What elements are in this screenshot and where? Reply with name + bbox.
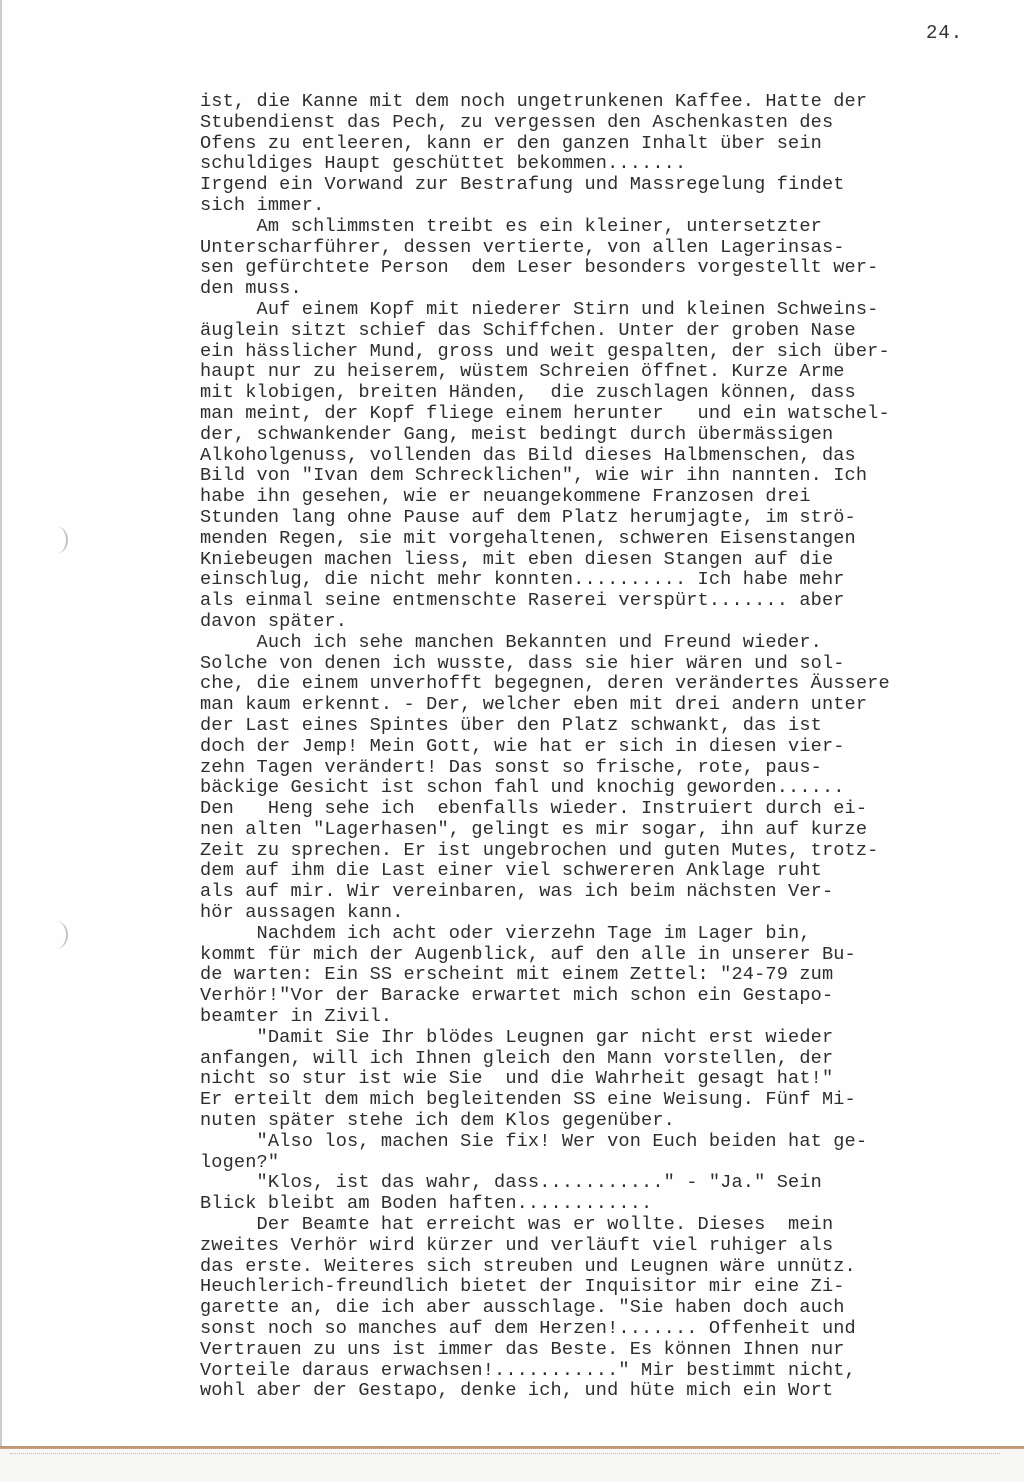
text-line: der, schwankender Gang, meist bedingt du…	[200, 425, 990, 446]
punch-hole-upper	[44, 526, 68, 554]
page-number: 24.	[926, 22, 963, 44]
text-line: che, die einem unverhofft begegnen, dere…	[200, 674, 990, 695]
text-line: Vertrauen zu uns ist immer das Beste. Es…	[200, 1340, 990, 1361]
text-line: Irgend ein Vorwand zur Bestrafung und Ma…	[200, 175, 990, 196]
text-line: zehn Tagen verändert! Das sonst so frisc…	[200, 758, 990, 779]
text-line: sonst noch so manches auf dem Herzen!...…	[200, 1319, 990, 1340]
text-line: anfangen, will ich Ihnen gleich den Mann…	[200, 1049, 990, 1070]
text-line: Der Beamte hat erreicht was er wollte. D…	[200, 1215, 990, 1236]
text-line: habe ihn gesehen, wie er neuangekommene …	[200, 487, 990, 508]
text-line: dem auf ihm die Last einer viel schwerer…	[200, 861, 990, 882]
page-left-edge	[0, 0, 2, 1482]
text-line: Solche von denen ich wusste, dass sie hi…	[200, 654, 990, 675]
text-line: als einmal seine entmenschte Raserei ver…	[200, 591, 990, 612]
text-line: als auf mir. Wir vereinbaren, was ich be…	[200, 882, 990, 903]
text-line: einschlug, die nicht mehr konnten.......…	[200, 570, 990, 591]
text-line: Heuchlerich-freundlich bietet der Inquis…	[200, 1277, 990, 1298]
text-line: "Also los, machen Sie fix! Wer von Euch …	[200, 1132, 990, 1153]
text-line: Er erteilt dem mich begleitenden SS eine…	[200, 1090, 990, 1111]
text-line: "Klos, ist das wahr, dass..........." - …	[200, 1173, 990, 1194]
text-line: Verhör!"Vor der Baracke erwartet mich sc…	[200, 986, 990, 1007]
typewritten-body-text: ist, die Kanne mit dem noch ungetrunkene…	[200, 92, 990, 1402]
text-line: beamter in Zivil.	[200, 1007, 990, 1028]
text-line: garette an, die ich aber ausschlage. "Si…	[200, 1298, 990, 1319]
text-line: nen alten "Lagerhasen", gelingt es mir s…	[200, 820, 990, 841]
text-line: das erste. Weiteres sich streuben und Le…	[200, 1257, 990, 1278]
text-line: ein hässlicher Mund, gross und weit gesp…	[200, 342, 990, 363]
document-page: 24. ist, die Kanne mit dem noch ungetrun…	[0, 0, 1024, 1482]
text-line: Stunden lang ohne Pause auf dem Platz he…	[200, 508, 990, 529]
text-line: davon später.	[200, 612, 990, 633]
text-line: zweites Verhör wird kürzer und verläuft …	[200, 1236, 990, 1257]
text-line: logen?"	[200, 1153, 990, 1174]
text-line: sen gefürchtete Person dem Leser besonde…	[200, 258, 990, 279]
text-line: Nachdem ich acht oder vierzehn Tage im L…	[200, 924, 990, 945]
text-line: Auch ich sehe manchen Bekannten und Freu…	[200, 633, 990, 654]
text-line: de warten: Ein SS erscheint mit einem Ze…	[200, 965, 990, 986]
text-line: Auf einem Kopf mit niederer Stirn und kl…	[200, 300, 990, 321]
text-line: der Last eines Spintes über den Platz sc…	[200, 716, 990, 737]
bottom-dotted-line	[10, 1453, 1000, 1455]
punch-hole-lower	[44, 921, 68, 949]
text-line: menden Regen, sie mit vorgehaltenen, sch…	[200, 529, 990, 550]
text-line: Zeit zu sprechen. Er ist ungebrochen und…	[200, 841, 990, 862]
text-line: schuldiges Haupt geschüttet bekommen....…	[200, 154, 990, 175]
text-line: Am schlimmsten treibt es ein kleiner, un…	[200, 217, 990, 238]
text-line: Unterscharführer, dessen vertierte, von …	[200, 238, 990, 259]
text-line: bäckige Gesicht ist schon fahl und knoch…	[200, 778, 990, 799]
text-line: doch der Jemp! Mein Gott, wie hat er sic…	[200, 737, 990, 758]
text-line: Vorteile daraus erwachsen!..........." M…	[200, 1361, 990, 1382]
text-line: Stubendienst das Pech, zu vergessen den …	[200, 113, 990, 134]
text-line: man kaum erkennt. - Der, welcher eben mi…	[200, 695, 990, 716]
text-line: wohl aber der Gestapo, denke ich, und hü…	[200, 1381, 990, 1402]
bottom-edge-rule	[0, 1446, 1024, 1449]
text-line: äuglein sitzt schief das Schiffchen. Unt…	[200, 321, 990, 342]
text-line: Blick bleibt am Boden haften............	[200, 1194, 990, 1215]
text-line: nuten später stehe ich dem Klos gegenübe…	[200, 1111, 990, 1132]
text-line: haupt nur zu heiserem, wüstem Schreien ö…	[200, 362, 990, 383]
text-line: Kniebeugen machen liess, mit eben diesen…	[200, 550, 990, 571]
text-line: mit klobigen, breiten Händen, die zuschl…	[200, 383, 990, 404]
text-line: kommt für mich der Augenblick, auf den a…	[200, 945, 990, 966]
text-line: Den Heng sehe ich ebenfalls wieder. Inst…	[200, 799, 990, 820]
text-line: nicht so stur ist wie Sie und die Wahrhe…	[200, 1069, 990, 1090]
text-line: hör aussagen kann.	[200, 903, 990, 924]
text-line: "Damit Sie Ihr blödes Leugnen gar nicht …	[200, 1028, 990, 1049]
text-line: Alkoholgenuss, vollenden das Bild dieses…	[200, 446, 990, 467]
text-line: ist, die Kanne mit dem noch ungetrunkene…	[200, 92, 990, 113]
text-line: Bild von "Ivan dem Schrecklichen", wie w…	[200, 466, 990, 487]
text-line: den muss.	[200, 279, 990, 300]
text-line: man meint, der Kopf fliege einem herunte…	[200, 404, 990, 425]
text-line: sich immer.	[200, 196, 990, 217]
text-line: Ofens zu entleeren, kann er den ganzen I…	[200, 134, 990, 155]
